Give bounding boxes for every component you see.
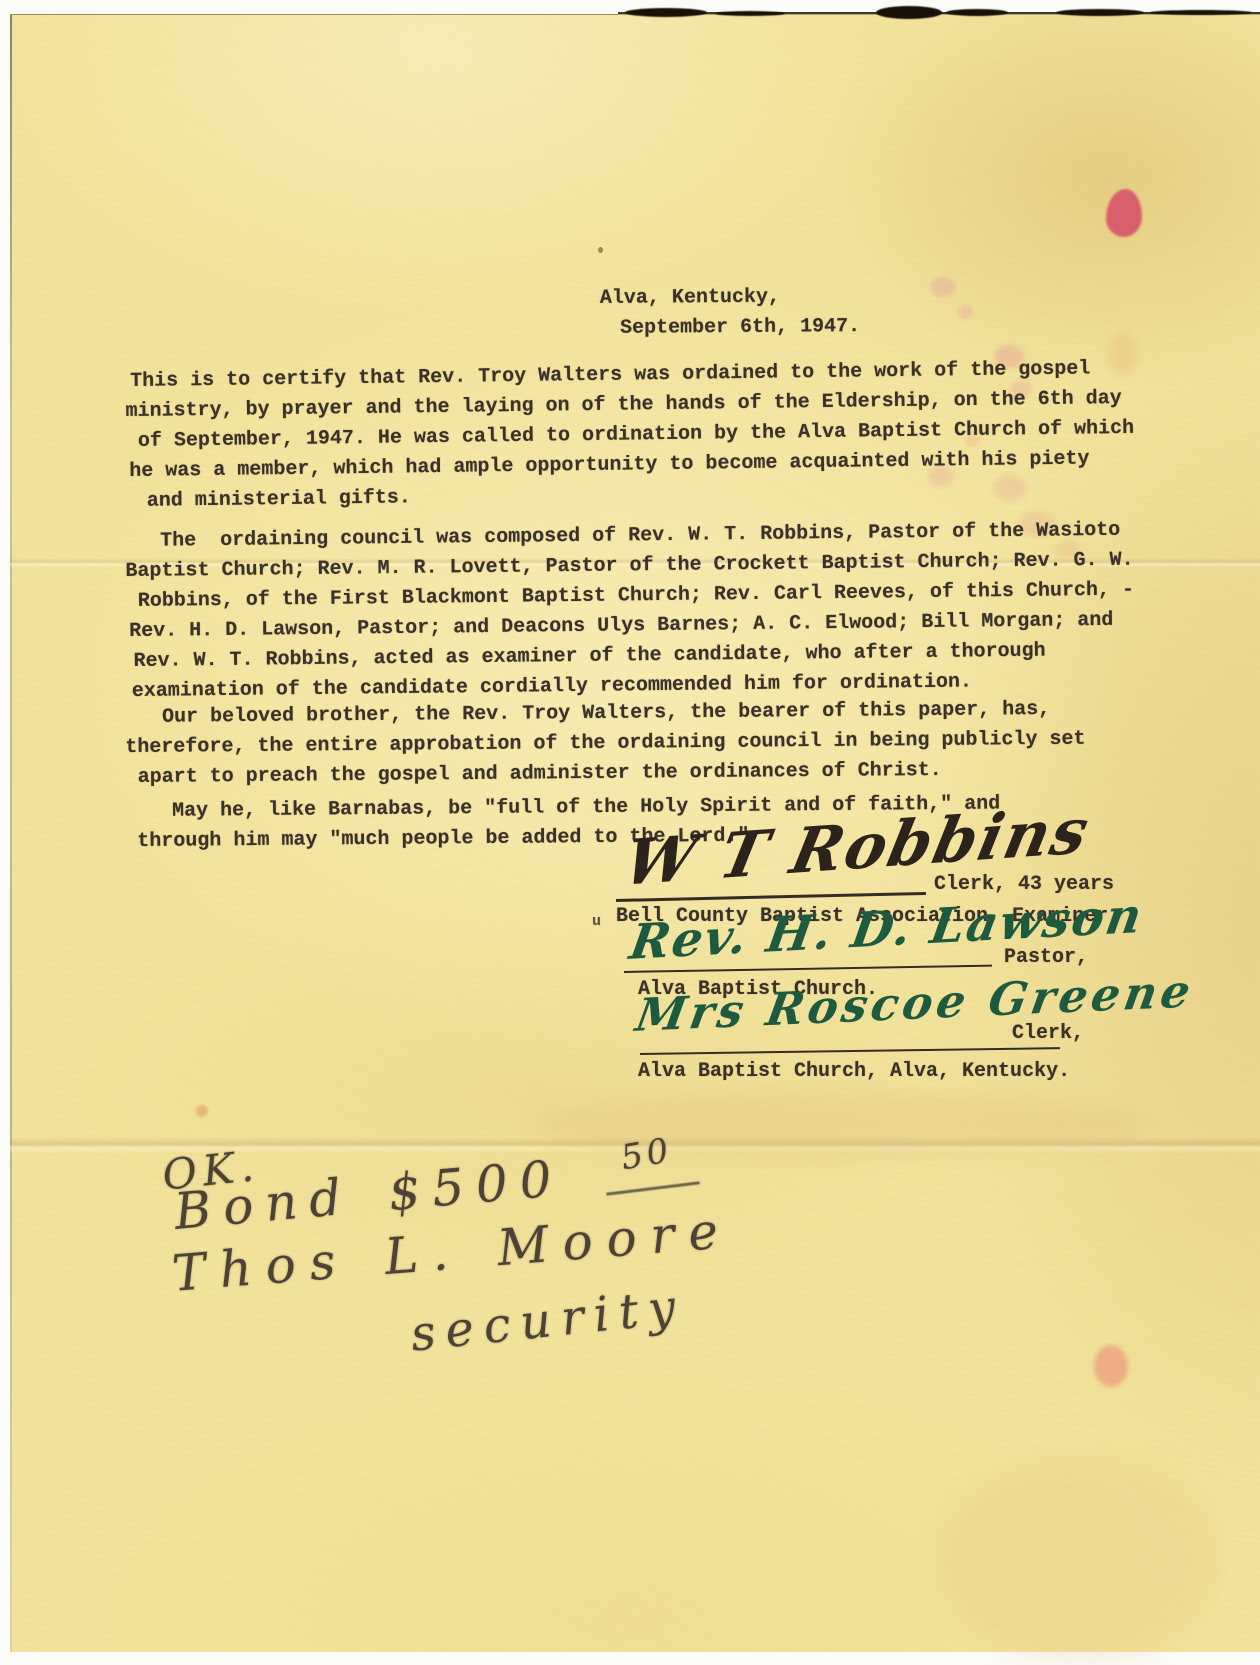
- pink-stain: [958, 305, 974, 319]
- stray-typed-character: u: [592, 907, 601, 937]
- signature-underline-greene: [640, 1047, 1060, 1055]
- ink-speck: [598, 247, 603, 253]
- paragraph-certification: This is to certify that Rev. Troy Walter…: [130, 354, 1135, 517]
- paragraph-approbation: Our beloved brother, the Rev. Troy Walte…: [130, 695, 1086, 793]
- text-line: September 6th, 1947.: [620, 312, 860, 344]
- signature-title-greene: Clerk,: [1012, 1019, 1084, 1049]
- signature-title-lawson: Pastor,: [1004, 943, 1088, 973]
- pink-stain: [930, 277, 956, 297]
- pink-dot-stain: [1094, 1345, 1128, 1387]
- paragraph-ordaining-council: The ordaining council was composed of Re…: [130, 516, 1135, 707]
- text-line: Alva, Kentucky,: [600, 282, 860, 314]
- top-edge-shadow-blob: [1150, 10, 1252, 15]
- paper-left-edge: [10, 15, 12, 1652]
- handwritten-note-bond-cents: 50: [618, 1130, 675, 1178]
- red-ink-stain: [1106, 189, 1142, 237]
- top-edge-shadow-blob: [715, 11, 785, 16]
- top-edge-line-faint: [12, 14, 618, 15]
- top-edge-shadow-blob: [876, 6, 942, 19]
- signature-org-greene: Alva Baptist Church, Alva, Kentucky.: [638, 1057, 1070, 1087]
- handwritten-cents-underline: [606, 1181, 700, 1195]
- paper-discoloration: [940, 1455, 1220, 1652]
- scan-background: Alva, Kentucky,September 6th, 1947. This…: [0, 0, 1260, 1652]
- document-page: Alva, Kentucky,September 6th, 1947. This…: [10, 14, 1260, 1652]
- dateline: Alva, Kentucky,September 6th, 1947.: [600, 282, 860, 344]
- top-edge-shadow-blob: [946, 9, 1008, 16]
- handwritten-note-security: security: [408, 1278, 688, 1362]
- orange-speck: [196, 1105, 208, 1117]
- top-edge-shadow-blob: [625, 8, 707, 17]
- top-edge-shadow-blob: [1056, 9, 1144, 16]
